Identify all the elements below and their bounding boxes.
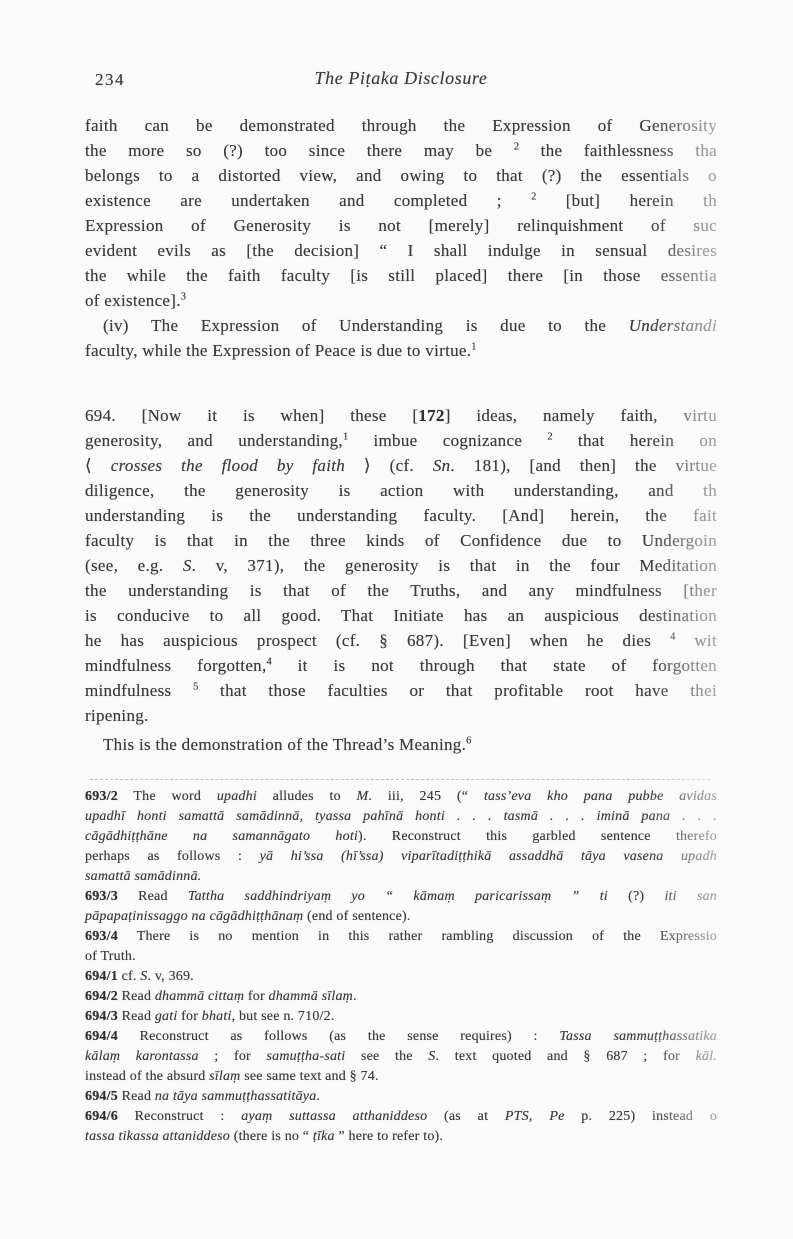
text-line: instead of the absurd sīlaṃ see same tex… [85, 1067, 717, 1087]
book-page: 234 The Piṭaka Disclosure faith can be d… [0, 0, 793, 1239]
text-line: faculty, while the Expression of Peace i… [85, 338, 717, 363]
text-line: he has auspicious prospect (cf. § 687). … [85, 628, 717, 653]
text-line: 694/6 Reconstruct : ayaṃ suttassa atthan… [85, 1107, 717, 1127]
text-line: tassa tikassa attaniddeso (there is no “… [85, 1127, 717, 1147]
text-line: pāpapaṭinissaggo na cāgādhiṭṭhānaṃ (end … [85, 907, 717, 927]
text-line: 694/4 Reconstruct as follows (as the sen… [85, 1027, 717, 1047]
text-line: (see, e.g. S. v, 371), the generosity is… [85, 553, 717, 578]
paragraph: 694. [Now it is when] these [172] ideas,… [85, 403, 717, 728]
text-line: of Truth. [85, 947, 717, 967]
text-line: the while the faith faculty [is still pl… [85, 263, 717, 288]
page-header: 234 The Piṭaka Disclosure [85, 68, 717, 94]
text-line: cāgādhiṭṭhāne na samannāgato hoti). Reco… [85, 827, 717, 847]
footnote-separator [90, 779, 710, 780]
text-line: understanding is the understanding facul… [85, 503, 717, 528]
text-line: mindfulness forgotten,4 it is not throug… [85, 653, 717, 678]
text-line: faith can be demonstrated through the Ex… [85, 113, 717, 138]
text-line: faculty is that in the three kinds of Co… [85, 528, 717, 553]
footnote: 694/2 Read dhammā cittaṃ for dhammā sīla… [85, 987, 717, 1007]
footnote: 694/5 Read na tāya sammuṭṭhassatitāya. [85, 1087, 717, 1107]
footnote: 694/6 Reconstruct : ayaṃ suttassa atthan… [85, 1107, 717, 1147]
text-line: mindfulness 5 that those faculties or th… [85, 678, 717, 703]
text-line: kālaṃ karontassa ; for samuṭṭha-sati see… [85, 1047, 717, 1067]
text-line: 694/2 Read dhammā cittaṃ for dhammā sīla… [85, 987, 717, 1007]
text-line: 694/3 Read gati for bhati, but see n. 71… [85, 1007, 717, 1027]
footnote: 694/4 Reconstruct as follows (as the sen… [85, 1027, 717, 1087]
text-line: 694/1 cf. S. v, 369. [85, 967, 717, 987]
text-line: ⟨ crosses the flood by faith ⟩ (cf. Sn. … [85, 453, 717, 478]
text-line: 694/5 Read na tāya sammuṭṭhassatitāya. [85, 1087, 717, 1107]
text-line: 693/4 There is no mention in this rather… [85, 927, 717, 947]
text-line: 694. [Now it is when] these [172] ideas,… [85, 403, 717, 428]
text-line: generosity, and understanding,1 imbue co… [85, 428, 717, 453]
footnote: 694/1 cf. S. v, 369. [85, 967, 717, 987]
footnote: 694/3 Read gati for bhati, but see n. 71… [85, 1007, 717, 1027]
running-title: The Piṭaka Disclosure [85, 68, 717, 89]
text-line: of existence].3 [85, 288, 717, 313]
paragraph: faith can be demonstrated through the Ex… [85, 113, 717, 313]
footnote: 693/3 Read Tattha saddhindriyaṃ yo “ kām… [85, 887, 717, 927]
text-line: (iv) The Expression of Understanding is … [85, 313, 717, 338]
text-line: upadhī honti samattā samādinnā, tyassa p… [85, 807, 717, 827]
text-line: the understanding is that of the Truths,… [85, 578, 717, 603]
text-line: diligence, the generosity is action with… [85, 478, 717, 503]
footnote: 693/2 The word upadhi alludes to M. iii,… [85, 787, 717, 887]
text-line: existence are undertaken and completed ;… [85, 188, 717, 213]
text-line: is conducive to all good. That Initiate … [85, 603, 717, 628]
text-line: Expression of Generosity is not [merely]… [85, 213, 717, 238]
body-text: faith can be demonstrated through the Ex… [85, 113, 717, 757]
text-line: This is the demonstration of the Thread’… [85, 732, 717, 757]
text-line: evident evils as [the decision] “ I shal… [85, 238, 717, 263]
footnote: 693/4 There is no mention in this rather… [85, 927, 717, 967]
text-line: samattā samādinnā. [85, 867, 717, 887]
text-line: 693/2 The word upadhi alludes to M. iii,… [85, 787, 717, 807]
footnotes: 693/2 The word upadhi alludes to M. iii,… [85, 787, 717, 1147]
text-line: belongs to a distorted view, and owing t… [85, 163, 717, 188]
text-line: 693/3 Read Tattha saddhindriyaṃ yo “ kām… [85, 887, 717, 907]
text-line: the more so (?) too since there may be 2… [85, 138, 717, 163]
text-line: ripening. [85, 703, 717, 728]
paragraph: This is the demonstration of the Thread’… [85, 732, 717, 757]
paragraph: (iv) The Expression of Understanding is … [85, 313, 717, 363]
text-line: perhaps as follows : yā hi’ssa (hī’ssa) … [85, 847, 717, 867]
